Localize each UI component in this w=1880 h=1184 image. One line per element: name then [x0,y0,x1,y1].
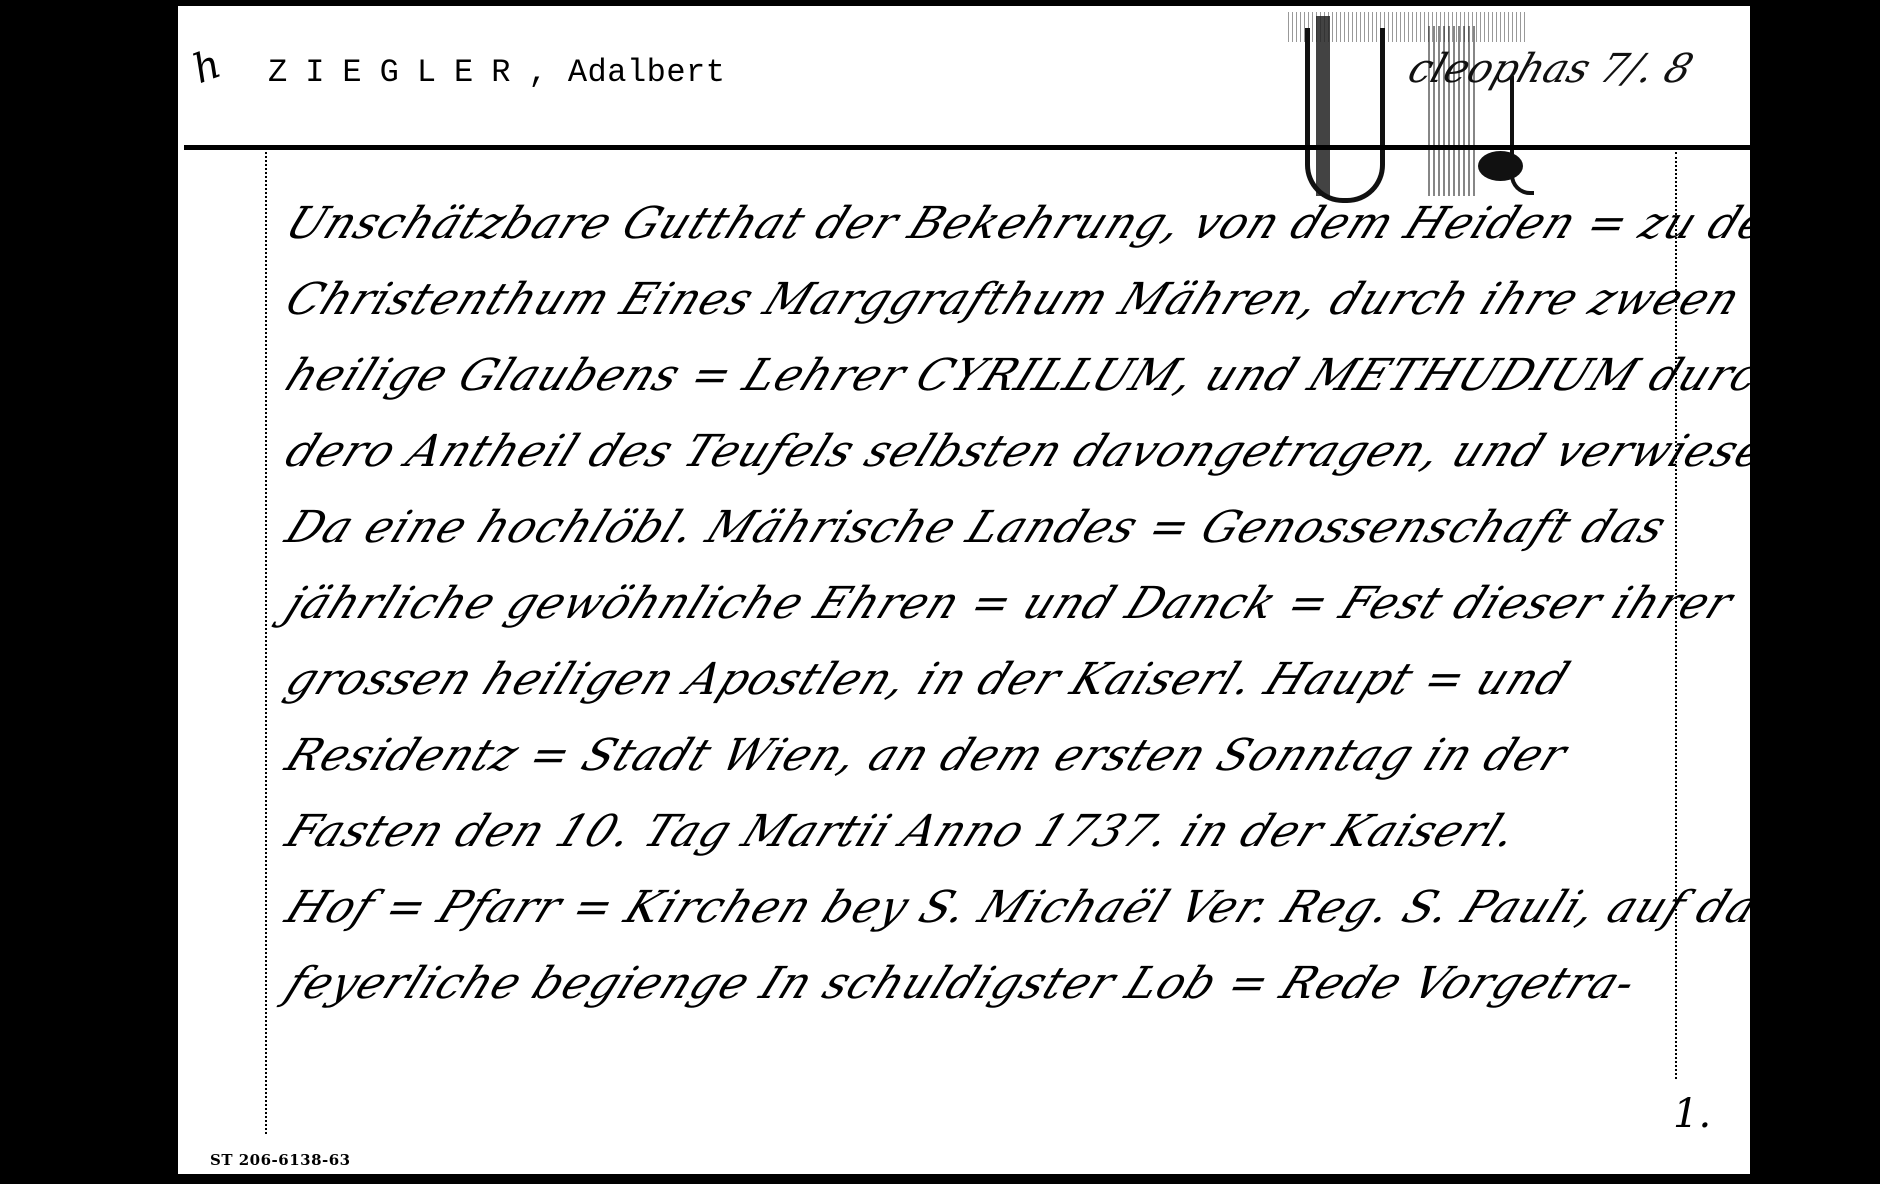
archive-code: ST 206-6138-63 [210,1151,351,1169]
text-line: heilige Glaubens = Lehrer CYRILLUM, und … [273,338,1704,414]
text-line: dero Antheil des Teufels selbsten davong… [273,414,1704,490]
card-title: ZIEGLER, Adalbert [268,54,725,91]
text-line: jährliche gewöhnliche Ehren = und Danck … [273,566,1704,642]
text-line: Residentz = Stadt Wien, an dem ersten So… [273,718,1704,794]
check-mark: h [187,41,227,93]
text-line: grossen heiligen Apostlen, in der Kaiser… [273,642,1704,718]
surname: ZIEGLER [268,54,528,91]
text-line: Christenthum Eines Marggrafthum Mähren, … [273,262,1704,338]
text-line: Hof = Pfarr = Kirchen bey S. Michaël Ver… [273,870,1704,946]
given-name: Adalbert [568,54,726,91]
text-line: Unschätzbare Gutthat der Bekehrung, von … [273,186,1704,262]
text-line: feyerliche begienge In schuldigster Lob … [273,946,1704,1022]
handwritten-text: Unschätzbare Gutthat der Bekehrung, von … [273,186,1673,1022]
ink-blot [1478,151,1523,181]
handwritten-annotation: cleophas 7/. 8 [1403,46,1699,92]
paper-clip-icon [1305,28,1385,203]
text-line: Fasten den 10. Tag Martii Anno 1737. in … [273,794,1704,870]
text-line: Da eine hochlöbl. Mährische Landes = Gen… [273,490,1704,566]
page-number: 1. [1673,1091,1711,1137]
header-divider [184,145,1750,150]
name-separator: , [528,54,548,91]
index-card: h ZIEGLER, Adalbert cleophas 7/. 8 Unsch… [178,6,1750,1174]
left-margin-line [265,152,267,1134]
